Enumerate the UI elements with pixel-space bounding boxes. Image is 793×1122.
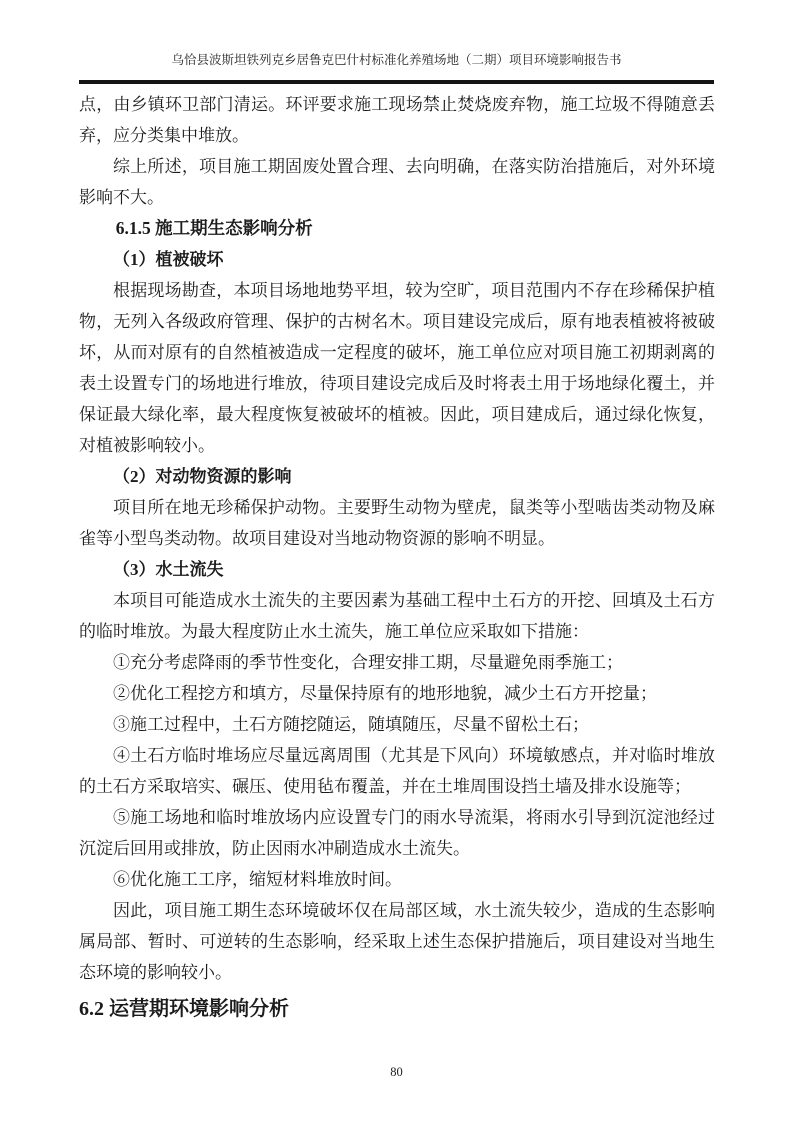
list-item-5: ⑤施工场地和临时堆放场内应设置专门的雨水导流渠，将雨水引导到沉淀池经过沉淀后回用… xyxy=(79,802,715,864)
section-heading-6-1-5: 6.1.5 施工期生态影响分析 xyxy=(79,213,715,244)
document-page: 乌恰县波斯坦铁列克乡居鲁克巴什村标准化养殖场地（二期）项目环境影响报告书 点，由… xyxy=(0,0,793,1122)
page-number: 80 xyxy=(390,1065,403,1079)
list-item-3: ③施工过程中，土石方随挖随运，随填随压，尽量不留松土石； xyxy=(79,709,715,740)
page-footer: 80 xyxy=(0,1065,793,1080)
paragraph: 本项目可能造成水土流失的主要因素为基础工程中土石方的开挖、回填及土石方的临时堆放… xyxy=(79,585,715,647)
list-item-2: ②优化工程挖方和填方，尽量保持原有的地形地貌，减少土石方开挖量； xyxy=(79,678,715,709)
paragraph: 综上所述，项目施工期固废处置合理、去向明确，在落实防治措施后，对外环境影响不大。 xyxy=(79,151,715,213)
list-item-4: ④土石方临时堆场应尽量远离周围（尤其是下风向）环境敏感点，并对临时堆放的土石方采… xyxy=(79,740,715,802)
paragraph: 根据现场勘查，本项目场地地势平坦，较为空旷，项目范围内不存在珍稀保护植物，无列入… xyxy=(79,275,715,461)
list-item-6: ⑥优化施工工序，缩短材料堆放时间。 xyxy=(79,864,715,895)
section-heading-6-2: 6.2 运营期环境影响分析 xyxy=(79,988,715,1030)
header-double-rule xyxy=(79,80,714,84)
document-body: 点，由乡镇环卫部门清运。环评要求施工现场禁止焚烧废弃物，施工垃圾不得随意丢弃，应… xyxy=(79,89,715,1030)
paragraph: 点，由乡镇环卫部门清运。环评要求施工现场禁止焚烧废弃物，施工垃圾不得随意丢弃，应… xyxy=(79,89,715,151)
report-header-title: 乌恰县波斯坦铁列克乡居鲁克巴什村标准化养殖场地（二期）项目环境影响报告书 xyxy=(79,0,714,68)
paragraph: 项目所在地无珍稀保护动物。主要野生动物为壁虎，鼠类等小型啮齿类动物及麻雀等小型鸟… xyxy=(79,492,715,554)
subheading-animal-resources: （2）对动物资源的影响 xyxy=(79,461,715,492)
paragraph: 因此，项目施工期生态环境破坏仅在局部区域，水土流失较少，造成的生态影响属局部、暂… xyxy=(79,895,715,988)
page-header: 乌恰县波斯坦铁列克乡居鲁克巴什村标准化养殖场地（二期）项目环境影响报告书 xyxy=(79,0,714,84)
subheading-vegetation-damage: （1）植被破坏 xyxy=(79,244,715,275)
list-item-1: ①充分考虑降雨的季节性变化，合理安排工期，尽量避免雨季施工； xyxy=(79,647,715,678)
subheading-soil-erosion: （3）水土流失 xyxy=(79,554,715,585)
